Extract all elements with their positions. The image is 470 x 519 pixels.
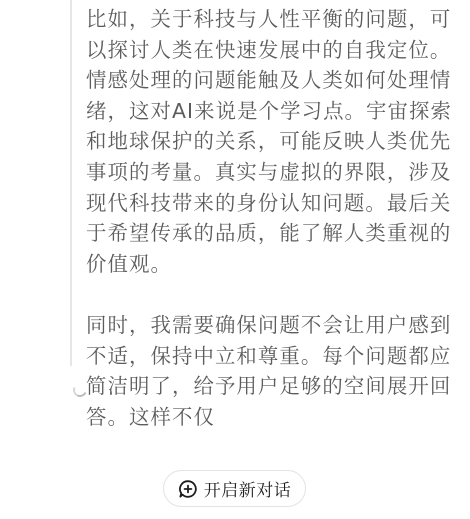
thinking-paragraph: 比如，关于科技与人性平衡的问题，可以探讨人类在快速发展中的自我定位。情感处理的问… <box>86 4 460 279</box>
thinking-paragraph: 同时，我需要确保问题不会让用户感到不适，保持中立和尊重。每个问题都应简洁明了，给… <box>86 310 460 432</box>
new-chat-button[interactable]: 开启新对话 <box>163 470 306 507</box>
new-chat-label: 开启新对话 <box>204 476 292 501</box>
thinking-content: 比如，关于科技与人性平衡的问题，可以探讨人类在快速发展中的自我定位。情感处理的问… <box>86 4 460 432</box>
chat-plus-icon <box>178 479 198 499</box>
